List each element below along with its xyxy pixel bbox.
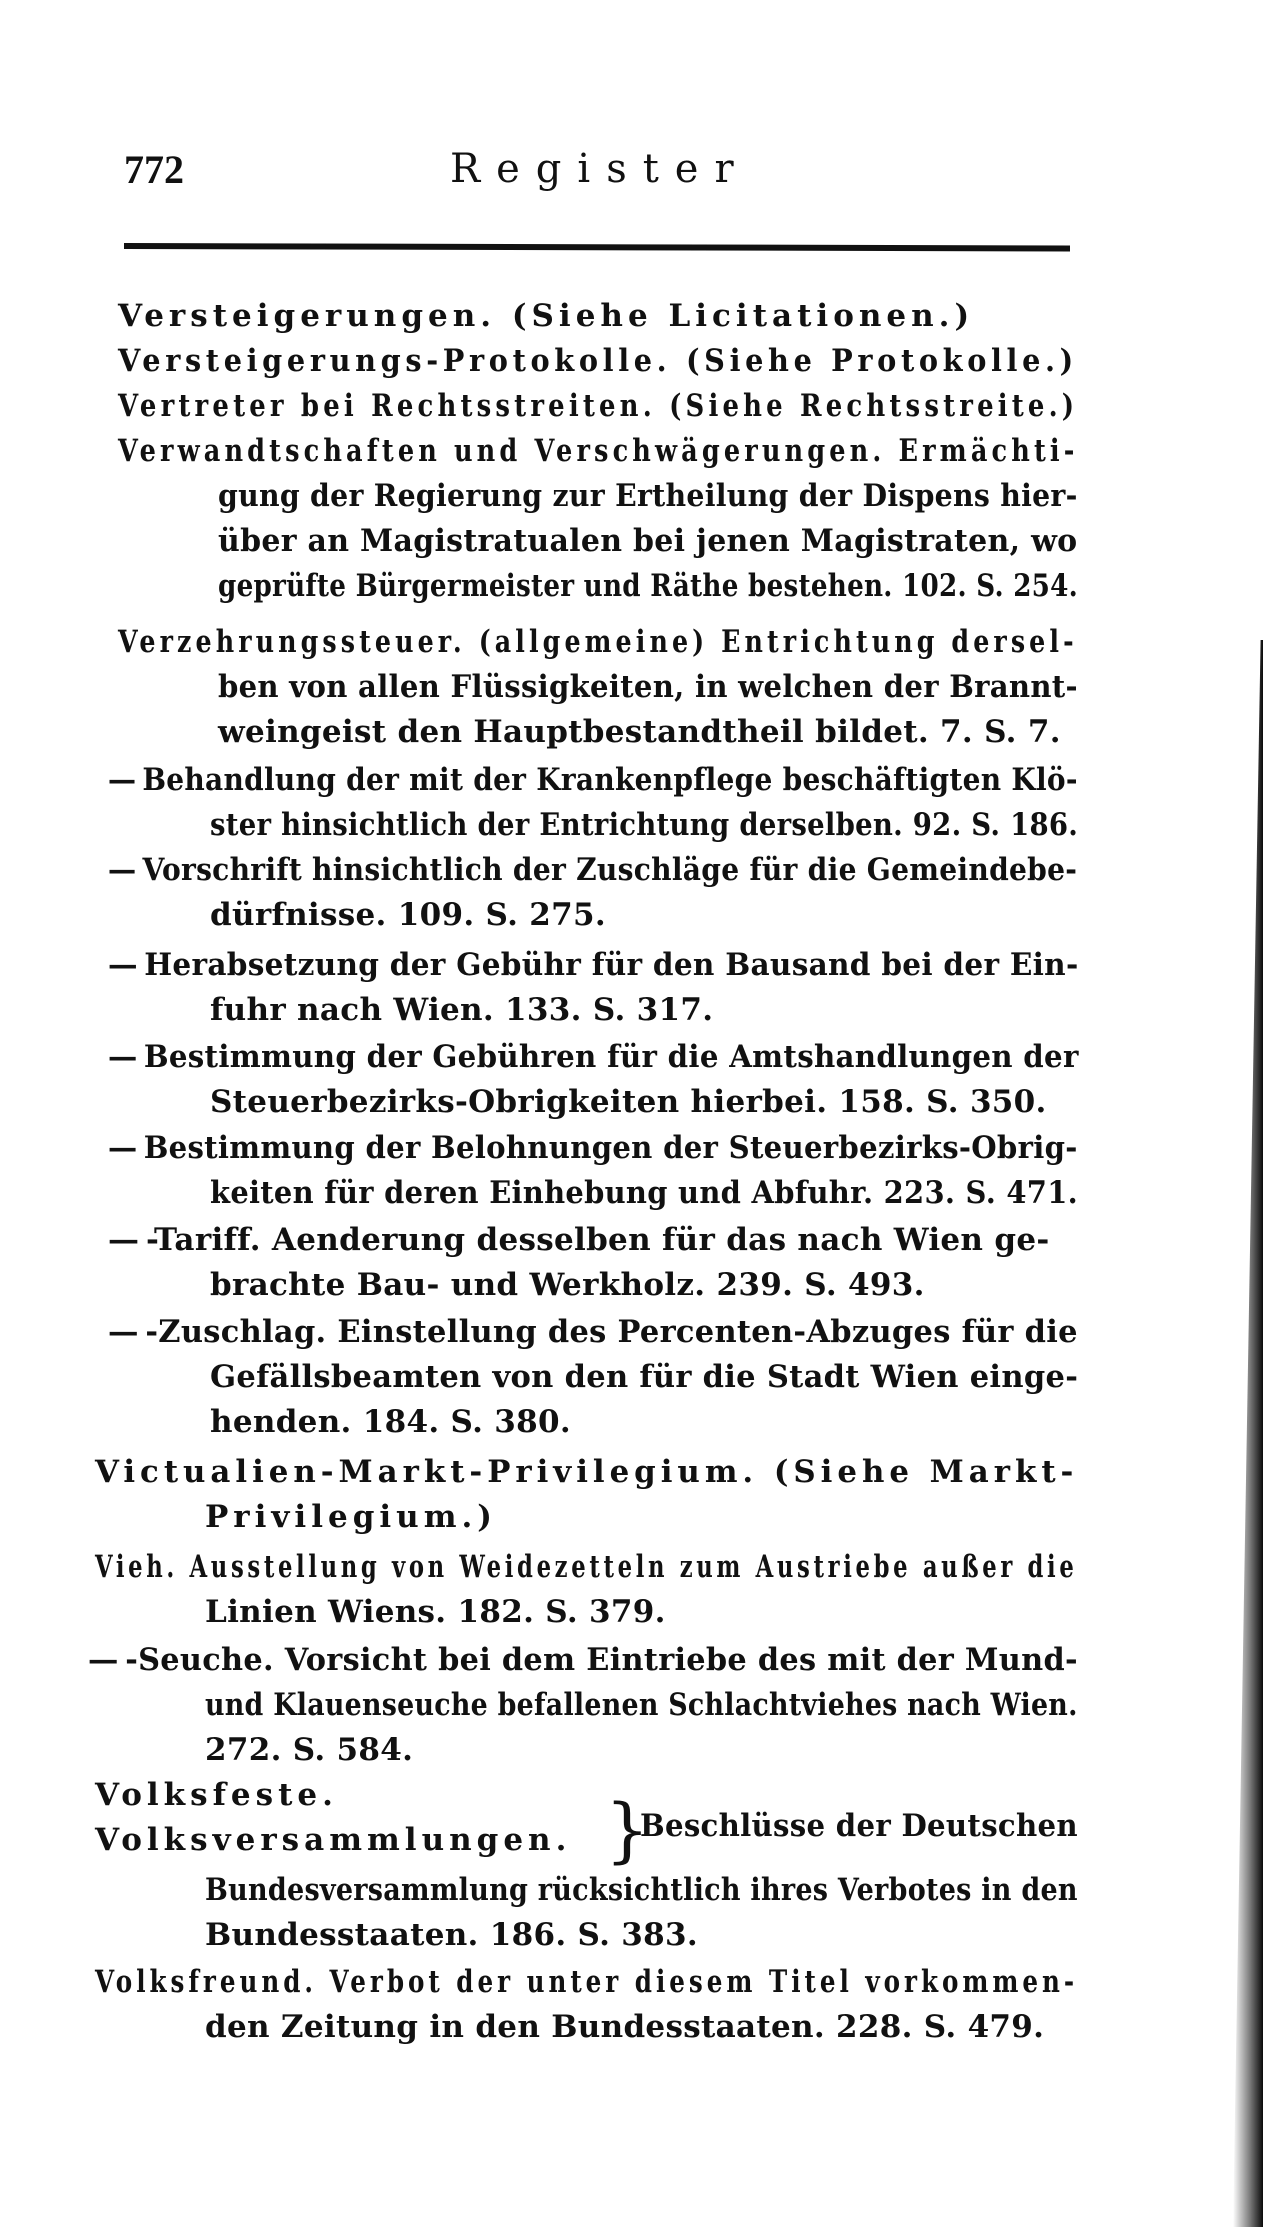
index-entry-continuation: ben von allen Flüssigkeiten, in welchen … (218, 667, 1078, 707)
index-entry-continuation: Gefällsbeamten von den für die Stadt Wie… (210, 1357, 1078, 1397)
dash-marker: — (108, 1037, 144, 1077)
index-subentry-line: —-Seuche. Vorsicht bei dem Eintriebe des… (88, 1640, 1078, 1680)
dash-marker: — (88, 1640, 125, 1680)
index-subentry-line: —Bestimmung der Belohnungen der Steuerbe… (108, 1128, 1078, 1168)
index-entry-continuation: gung der Regierung zur Ertheilung der Di… (218, 476, 1078, 516)
index-entry-continuation: und Klauenseuche befallenen Schlachtvieh… (205, 1685, 1078, 1725)
index-entry-continuation: ster hinsichtlich der Entrichtung dersel… (210, 805, 1078, 845)
index-entry-continuation: Linien Wiens. 182. S. 379. (205, 1592, 666, 1632)
index-entry-continuation: 272. S. 584. (205, 1730, 413, 1770)
index-subentry-line: —-Tariff. Aenderung desselben für das na… (108, 1220, 1050, 1260)
dash-marker: — (108, 1312, 145, 1352)
index-subentry-line: —Bestimmung der Gebühren für die Amtshan… (108, 1037, 1079, 1077)
index-entry-continuation: Steuerbezirks-Obrigkeiten hierbei. 158. … (210, 1082, 1047, 1122)
dash-marker: — (108, 760, 142, 800)
index-entry-line: Vertreter bei Rechtsstreiten. (Siehe Rec… (118, 386, 1078, 426)
index-entry-line: Vieh. Ausstellung von Weidezetteln zum A… (95, 1547, 1077, 1587)
index-entry-continuation: henden. 184. S. 380. (210, 1402, 571, 1442)
index-entry-continuation: den Zeitung in den Bundesstaaten. 228. S… (205, 2007, 1044, 2047)
index-entry-continuation: fuhr nach Wien. 133. S. 317. (210, 990, 713, 1030)
header-rule (124, 243, 1070, 251)
index-entry-continuation: brachte Bau- und Werkholz. 239. S. 493. (210, 1265, 925, 1305)
scanned-page: 772 Register Versteigerungen. (Siehe Lic… (0, 0, 1263, 2227)
index-entry-continuation: geprüfte Bürgermeister und Räthe bestehe… (218, 566, 1078, 606)
index-entry-continuation: dürfnisse. 109. S. 275. (210, 895, 606, 935)
index-entry-line: Verzehrungssteuer. (allgemeine) Entricht… (118, 622, 1078, 662)
index-subentry-line: —-Zuschlag. Einstellung des Percenten-Ab… (108, 1312, 1078, 1352)
index-entry-line: Volksfreund. Verbot der unter diesem Tit… (95, 1962, 1078, 2002)
index-entry-shared-text: Beschlüsse der Deutschen (640, 1806, 1078, 1846)
index-entry-continuation: keiten für deren Einhebung und Abfuhr. 2… (210, 1173, 1078, 1213)
index-entry-line: Volksversammlungen. (95, 1820, 571, 1860)
index-entry-continuation: Bundesversammlung rücksichtlich ihres Ve… (205, 1870, 1078, 1910)
index-entry-line: Versteigerungs-Protokolle. (Siehe Protok… (118, 341, 1078, 381)
dash-marker: — (108, 1128, 144, 1168)
index-entry-line: Victualien-Markt-Privilegium. (Siehe Mar… (95, 1452, 1078, 1492)
dash-marker: — (108, 945, 144, 985)
index-entry-continuation: Privilegium.) (205, 1497, 497, 1537)
running-head: Register (450, 146, 750, 192)
dash-marker: — (108, 1220, 146, 1260)
index-entry-continuation: Bundesstaaten. 186. S. 383. (205, 1915, 698, 1955)
index-subentry-line: —Vorschrift hinsichtlich der Zuschläge f… (108, 850, 1077, 890)
index-subentry-line: —Behandlung der mit der Krankenpflege be… (108, 760, 1078, 800)
scan-page-edge-shadow (1233, 640, 1263, 2227)
index-entry-line: Volksfeste. (95, 1775, 338, 1815)
page-number: 772 (124, 146, 184, 193)
index-subentry-line: —Herabsetzung der Gebühr für den Bausand… (108, 945, 1078, 985)
index-entry-continuation: weingeist den Hauptbestandtheil bildet. … (218, 712, 1061, 752)
index-entry-continuation: über an Magistratualen bei jenen Magistr… (218, 521, 1077, 561)
dash-marker: — (108, 850, 142, 890)
index-entry-line: Versteigerungen. (Siehe Licitationen.) (118, 296, 974, 336)
index-entry-line: Verwandtschaften und Verschwägerungen. E… (118, 431, 1078, 471)
